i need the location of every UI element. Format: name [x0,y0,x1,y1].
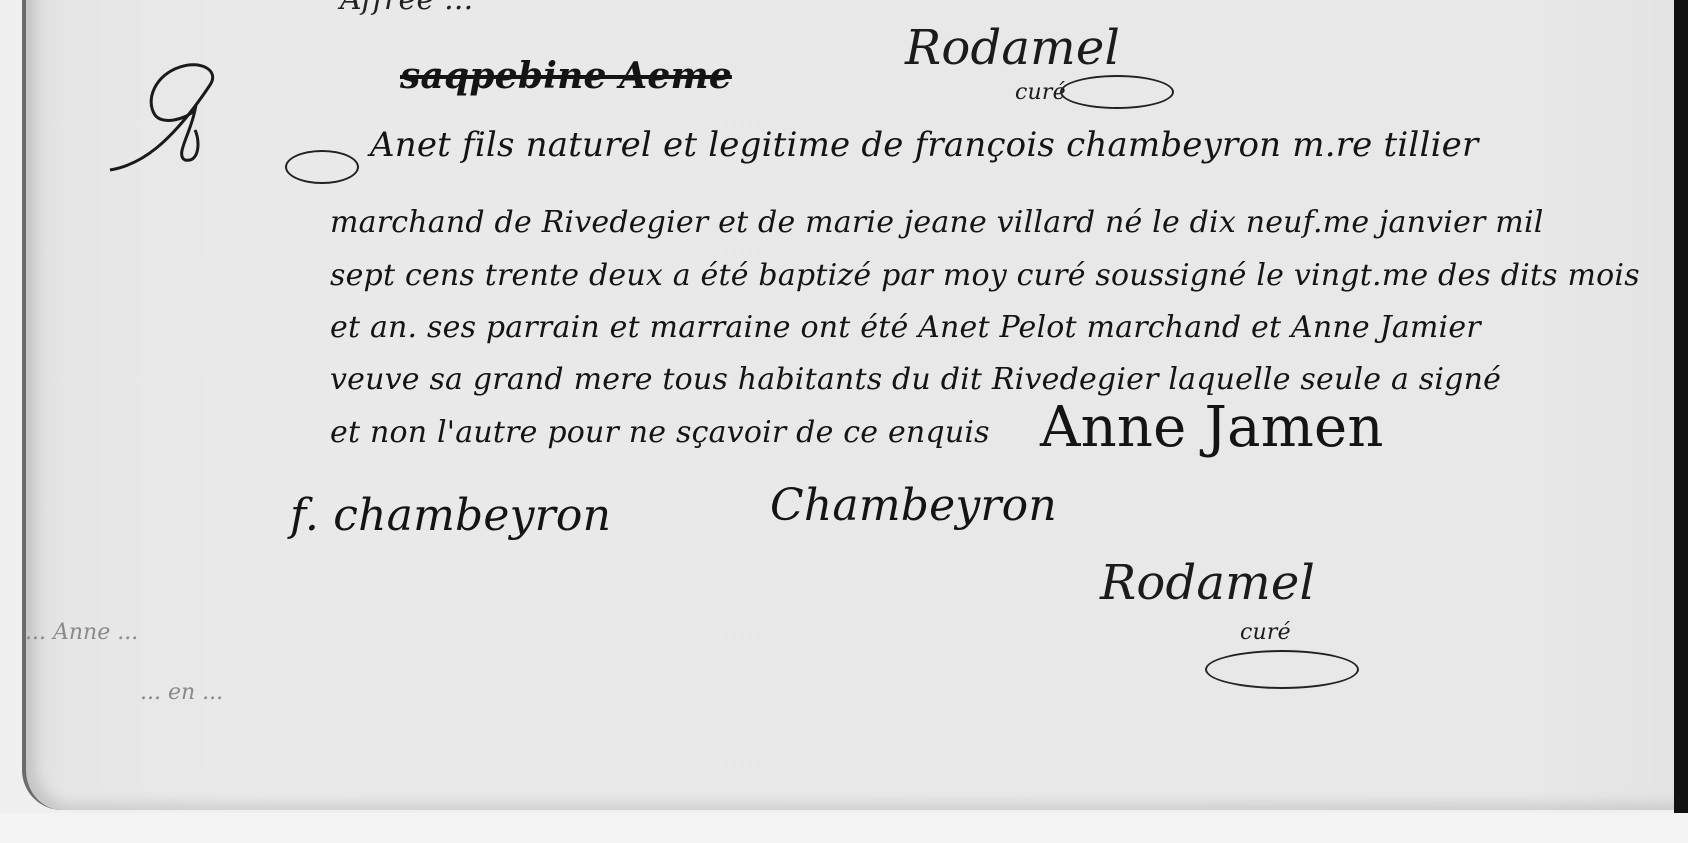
scan-edge [1674,0,1688,843]
record-line-3: sept cens trente deux a été baptizé par … [330,258,1640,293]
header-signature-title: curé [1015,80,1066,105]
signature-father-2: Chambeyron [770,480,1057,531]
record-line-2: marchand de Rivedegier et de marie jeane… [330,205,1544,240]
signature-godmother: Anne Jamen [1040,395,1384,460]
struck-heading: saqpebine Aeme [400,55,732,97]
initial-flourish-icon [285,150,359,184]
record-line-6: et non l'autre pour ne sçavoir de ce enq… [330,415,990,450]
faded-note-1: ... Anne ... [25,620,138,645]
signature-father-1: f. chambeyron [290,490,611,541]
flourish-icon [1060,75,1174,109]
record-line-5: veuve sa grand mere tous habitants du di… [330,362,1501,397]
header-signature-name: Rodamel [905,20,1120,76]
scan-margin-bottom [0,813,1688,843]
record-line-4: et an. ses parrain et marraine ont été A… [330,310,1481,345]
priest-signature-name: Rodamel [1100,555,1315,611]
record-line-1: Anet fils naturel et legitime de françoi… [370,125,1478,165]
priest-flourish-icon [1205,650,1359,689]
margin-mark-icon [100,45,240,205]
document-page [22,0,1676,810]
priest-signature-title: curé [1240,620,1291,645]
faded-note-2: ... en ... [140,680,223,705]
cut-off-previous-line: Affree ... [340,0,473,17]
